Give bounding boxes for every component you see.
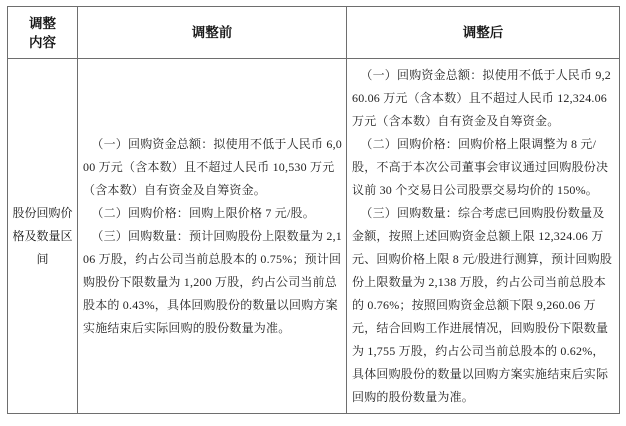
before-paragraph-repurchase-fund-total: （一）回购资金总额：拟使用不低于人民币 6,000 万元（含本数）且不超过人民币… (83, 133, 342, 202)
after-paragraph-repurchase-price: （二）回购价格：回购价格上限调整为 8 元/股，不高于本次公司董事会审议通过回购… (352, 133, 615, 202)
row-label-share-repurchase-price-quantity: 股份回购价格及数量区间 (8, 59, 78, 414)
after-paragraph-repurchase-fund-total: （一）回购资金总额：拟使用不低于人民币 9,260.06 万元（含本数）且不超过… (352, 64, 615, 133)
after-paragraph-repurchase-quantity: （三）回购数量：综合考虑已回购股份数量及金额，按照上述回购资金总额上限 12,3… (352, 202, 615, 409)
header-cell-after-adjustment: 调整后 (347, 7, 620, 59)
header-cell-adjust-content: 调整 内容 (8, 7, 78, 59)
before-paragraph-repurchase-price: （二）回购价格：回购上限价格 7 元/股。 (83, 202, 342, 225)
before-paragraph-repurchase-quantity: （三）回购数量：预计回购股份上限数量为 2,106 万股，约占公司当前总股本的 … (83, 225, 342, 340)
adjustment-comparison-table: 调整 内容 调整前 调整后 股份回购价格及数量区间 （一）回购资金总额：拟使用不… (7, 6, 620, 414)
header-cell-before-adjustment: 调整前 (78, 7, 347, 59)
after-adjustment-cell: （一）回购资金总额：拟使用不低于人民币 9,260.06 万元（含本数）且不超过… (347, 59, 620, 414)
table-body-row: 股份回购价格及数量区间 （一）回购资金总额：拟使用不低于人民币 6,000 万元… (8, 59, 620, 414)
document-page: { "table": { "header": { "col1": "调整\n内容… (0, 0, 626, 426)
before-adjustment-cell: （一）回购资金总额：拟使用不低于人民币 6,000 万元（含本数）且不超过人民币… (78, 59, 347, 414)
table-header-row: 调整 内容 调整前 调整后 (8, 7, 620, 59)
